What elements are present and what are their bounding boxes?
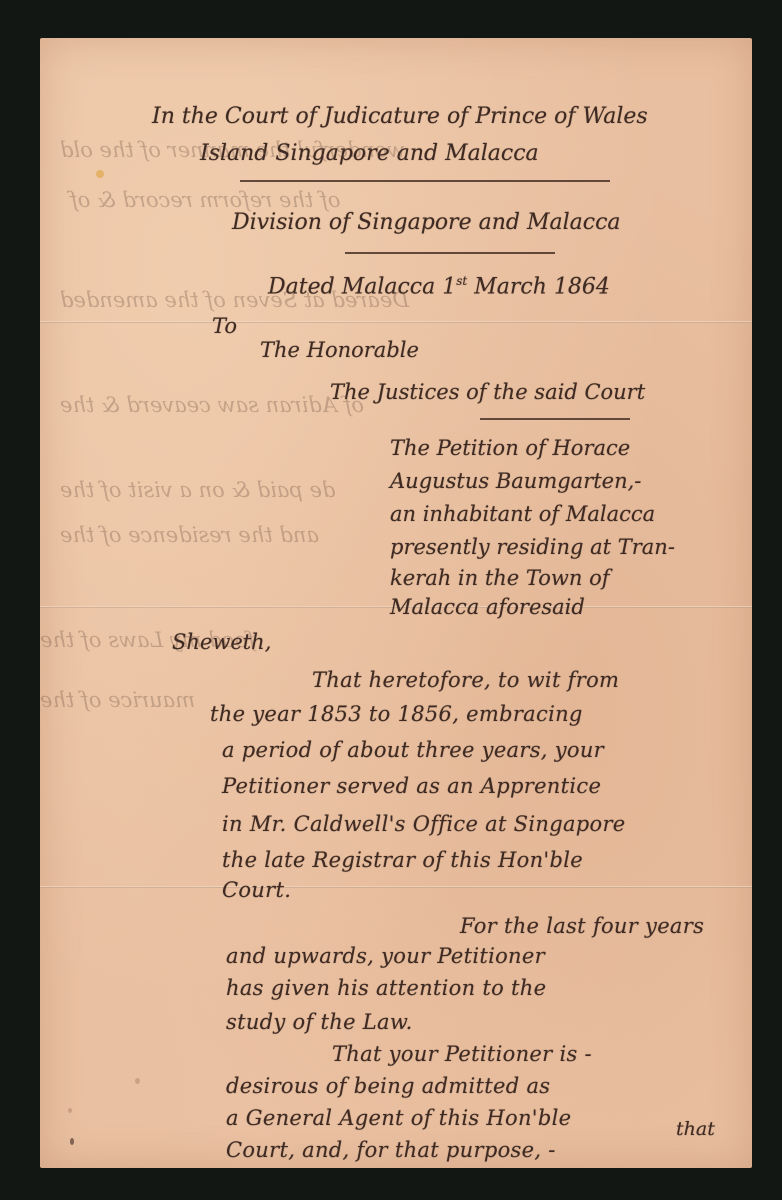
body-line: Court.	[222, 878, 291, 902]
body-line: the year 1853 to 1856, embracing	[210, 702, 583, 726]
date-ordinal: st	[456, 274, 467, 288]
catchword: that	[676, 1118, 715, 1140]
address-justices: The Justices of the said Court	[330, 380, 645, 404]
petitioner-line: The Petition of Horace	[390, 436, 630, 460]
petitioner-line: presently residing at Tran-	[390, 535, 675, 559]
address-honorable: The Honorable	[260, 338, 419, 362]
salutation: Sheweth,	[172, 630, 271, 654]
court-title-line-2: Island Singapore and Malacca	[200, 141, 539, 166]
date-line: Dated Malacca 1st March 1864	[268, 274, 610, 299]
petitioner-line: an inhabitant of Malacca	[390, 502, 655, 526]
court-title-line-1: In the Court of Judicature of Prince of …	[152, 104, 648, 129]
underline	[345, 252, 555, 254]
underline	[240, 180, 610, 182]
division-title: Division of Singapore and Malacca	[232, 210, 621, 235]
petitioner-line: Augustus Baumgarten,-	[390, 469, 641, 493]
body-line: Court, and, for that purpose, -	[226, 1138, 556, 1162]
manuscript-page: wonderful the manner of the old of the r…	[40, 38, 752, 1168]
body-line: study of the Law.	[226, 1010, 413, 1034]
body-line: has given his attention to the	[226, 976, 546, 1000]
paper-fold	[40, 886, 752, 888]
body-line: That heretofore, to wit from	[312, 668, 619, 692]
date-prefix: Dated Malacca 1	[268, 274, 456, 299]
petitioner-line: kerah in the Town of	[390, 566, 610, 590]
body-line: and upwards, your Petitioner	[226, 944, 545, 968]
date-suffix: March 1864	[474, 274, 610, 299]
petitioner-line: Malacca aforesaid	[390, 595, 585, 619]
paper-fold	[40, 321, 752, 323]
body-line: a period of about three years, your	[222, 738, 604, 762]
address-to: To	[212, 314, 237, 338]
body-line: For the last four years	[460, 914, 704, 938]
body-line: Petitioner served as an Apprentice	[222, 774, 601, 798]
underline	[480, 418, 630, 420]
body-line: in Mr. Caldwell's Office at Singapore	[222, 812, 626, 836]
body-line: That your Petitioner is -	[332, 1042, 592, 1066]
body-line: the late Registrar of this Hon'ble	[222, 848, 583, 872]
body-line: desirous of being admitted as	[226, 1074, 550, 1098]
body-line: a General Agent of this Hon'ble	[226, 1106, 571, 1130]
